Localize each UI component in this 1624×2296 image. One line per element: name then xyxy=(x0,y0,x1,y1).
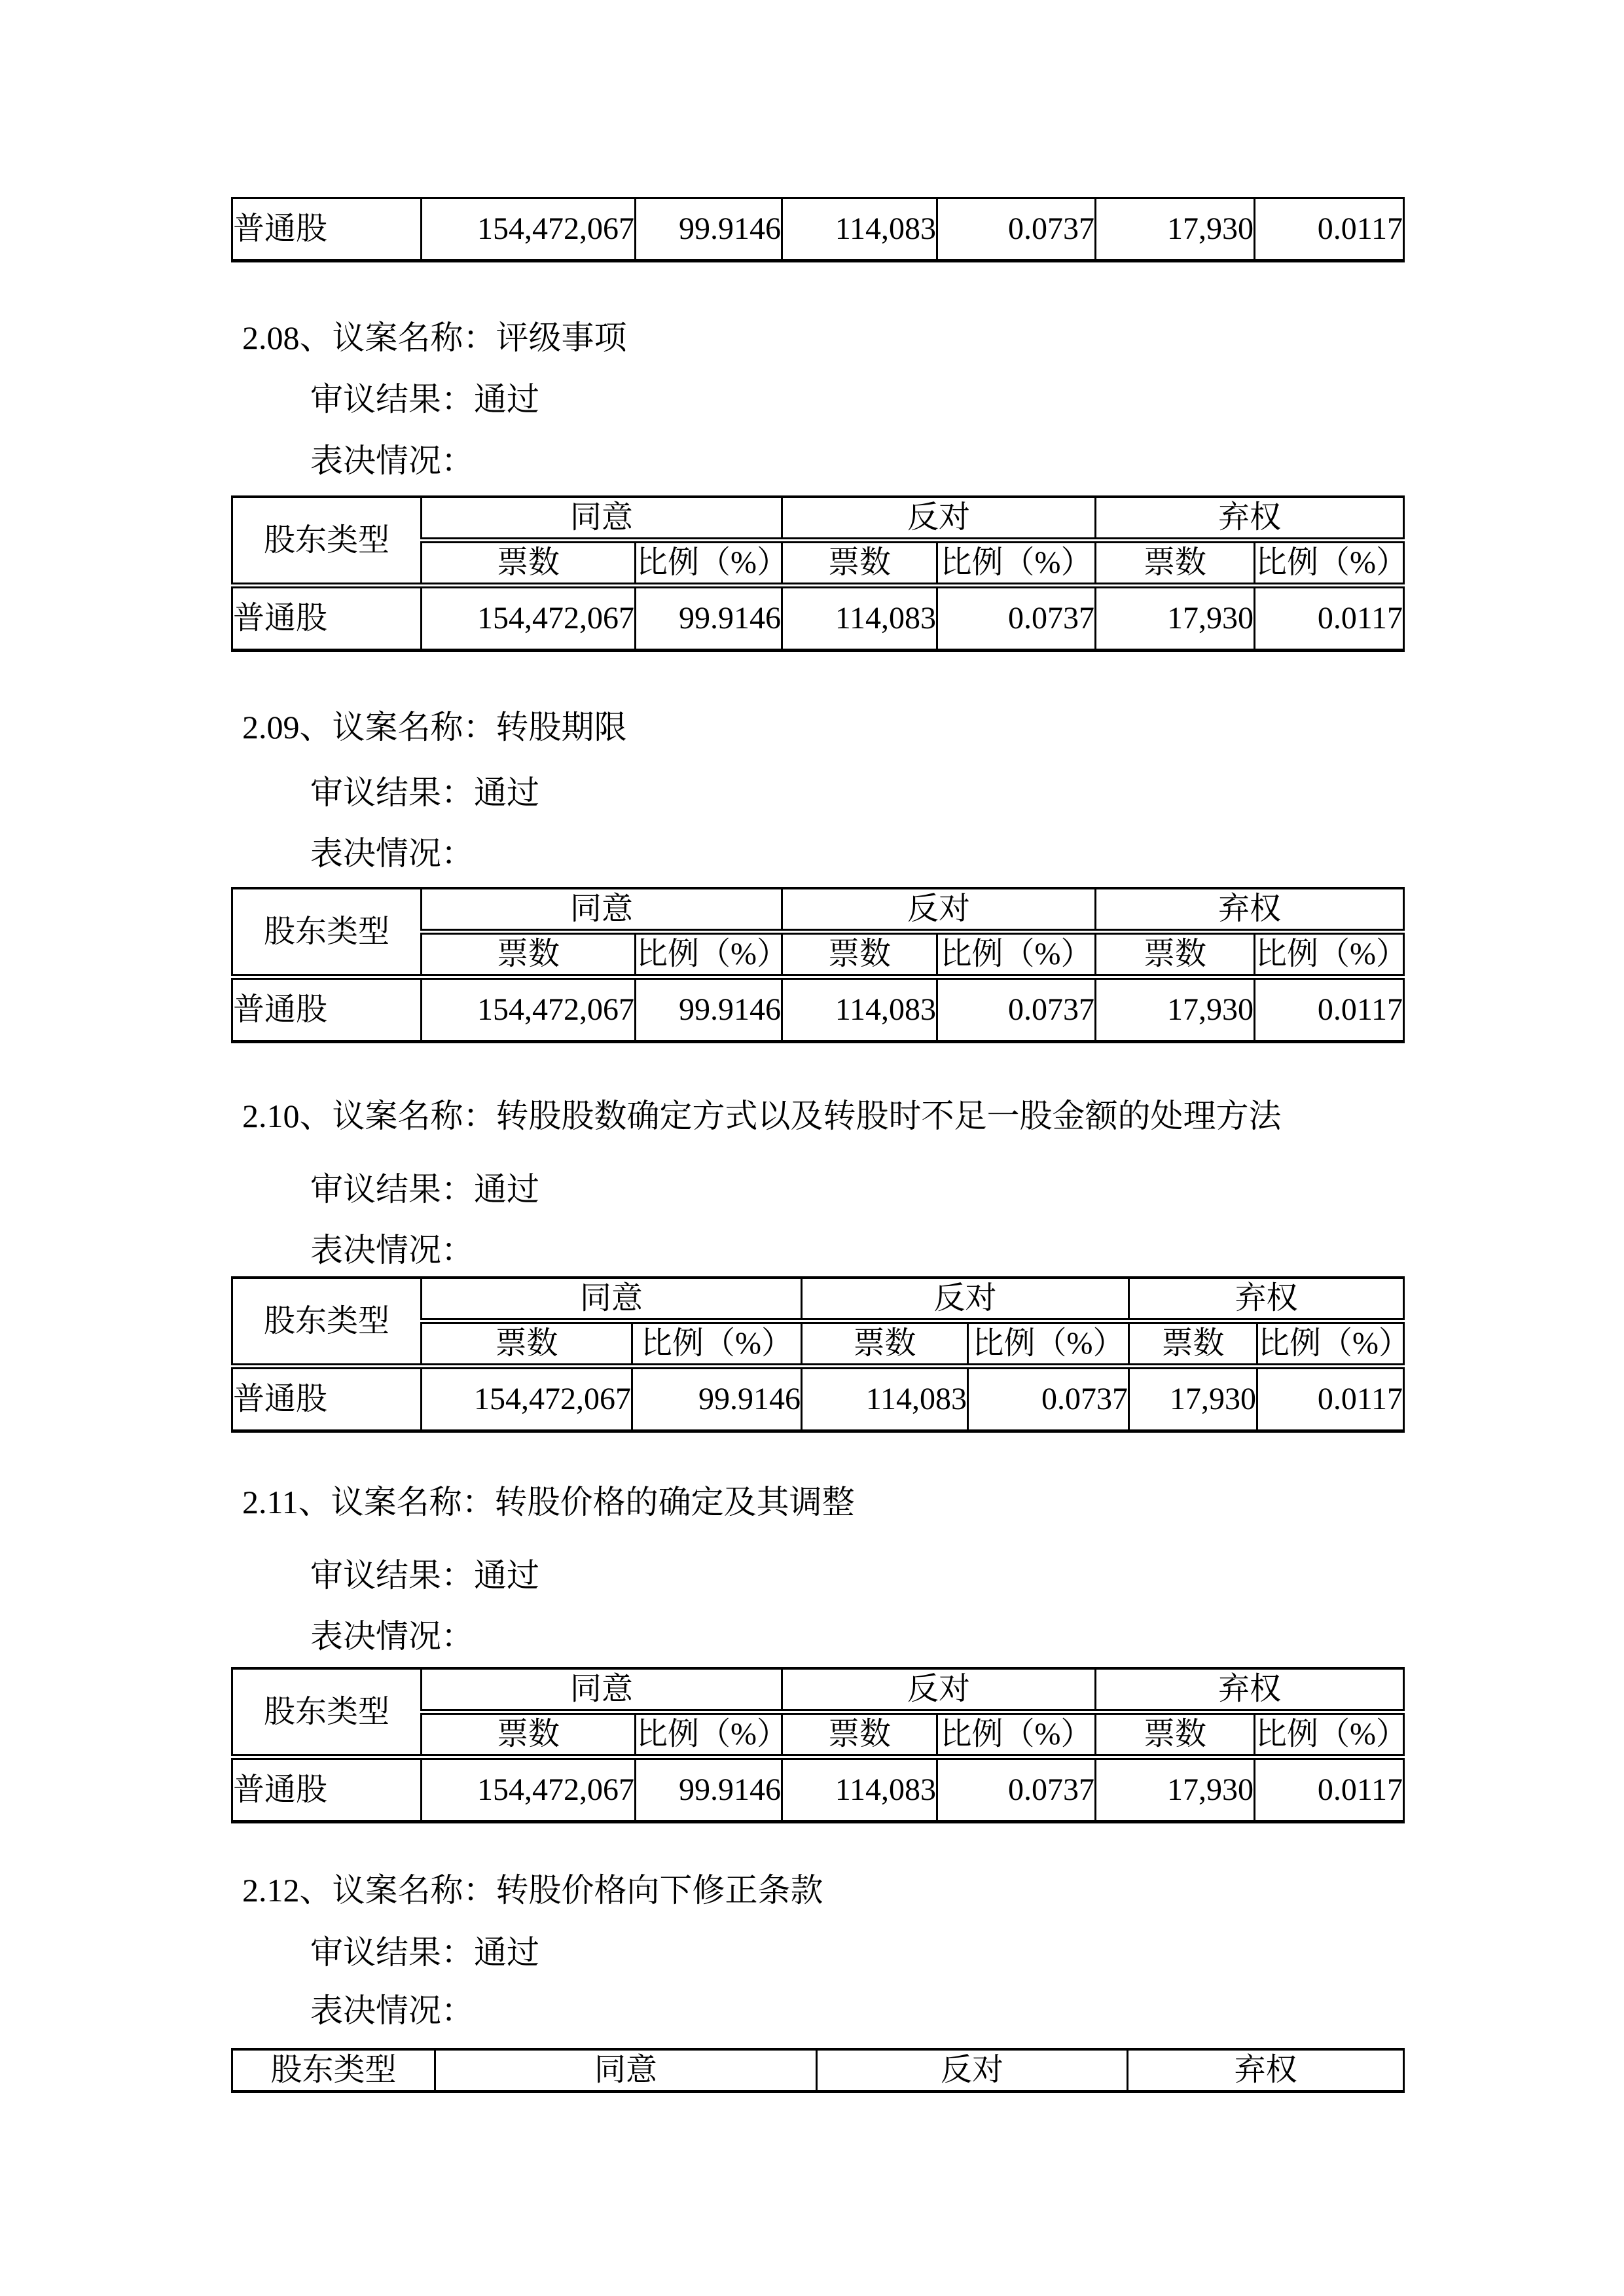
header-agree: 同意 xyxy=(435,2049,817,2092)
section-heading: 2.08、议案名称：评级事项 xyxy=(242,319,627,356)
header-abstain-votes: 票数 xyxy=(1096,1712,1255,1757)
header-agree-ratio: 比例（%） xyxy=(636,541,782,586)
header-against-ratio: 比例（%） xyxy=(937,541,1096,586)
header-agree: 同意 xyxy=(422,1278,802,1321)
vote-table: 股东类型 同意 反对 弃权 票数 比例（%） 票数 比例（%） 票数 比例（%）… xyxy=(231,1667,1405,1823)
cell-abstain-votes: 17,930 xyxy=(1096,586,1255,651)
header-shareholder-type: 股东类型 xyxy=(232,1278,422,1367)
cell-agree-ratio: 99.9146 xyxy=(636,198,782,261)
header-against-votes: 票数 xyxy=(802,1321,968,1367)
section-heading: 2.11、议案名称：转股价格的确定及其调整 xyxy=(242,1484,855,1520)
section-heading: 2.09、议案名称：转股期限 xyxy=(242,709,627,745)
header-shareholder-type: 股东类型 xyxy=(232,1668,422,1757)
cell-shareholder-type: 普通股 xyxy=(232,1757,422,1822)
header-agree-ratio: 比例（%） xyxy=(636,932,782,977)
header-abstain-ratio: 比例（%） xyxy=(1255,932,1404,977)
voting-label: 表决情况： xyxy=(310,442,474,479)
table-row: 普通股 154,472,067 99.9146 114,083 0.0737 1… xyxy=(232,586,1404,651)
table-row: 普通股 154,472,067 99.9146 114,083 0.0737 1… xyxy=(232,977,1404,1042)
cell-against-ratio: 0.0737 xyxy=(937,1757,1096,1822)
header-abstain: 弃权 xyxy=(1096,1668,1404,1712)
cell-abstain-votes: 17,930 xyxy=(1096,1757,1255,1822)
review-result: 审议结果：通过 xyxy=(310,1557,539,1594)
table-header-row-groups: 股东类型 同意 反对 弃权 xyxy=(232,1668,1404,1712)
cell-against-votes: 114,083 xyxy=(782,1757,937,1822)
cell-agree-votes: 154,472,067 xyxy=(422,1367,632,1431)
header-agree-votes: 票数 xyxy=(422,541,636,586)
header-abstain-ratio: 比例（%） xyxy=(1255,1712,1404,1757)
header-abstain-votes: 票数 xyxy=(1096,932,1255,977)
header-against: 反对 xyxy=(817,2049,1128,2092)
table-header-row-groups: 股东类型 同意 反对 弃权 xyxy=(232,497,1404,541)
header-shareholder-type: 股东类型 xyxy=(232,888,422,977)
review-result: 审议结果：通过 xyxy=(310,1934,539,1971)
vote-table: 股东类型 同意 反对 弃权 票数 比例（%） 票数 比例（%） 票数 比例（%）… xyxy=(231,495,1405,652)
table-header-row-groups: 股东类型 同意 反对 弃权 xyxy=(232,888,1404,932)
header-against-ratio: 比例（%） xyxy=(937,1712,1096,1757)
cell-against-votes: 114,083 xyxy=(802,1367,968,1431)
section-heading: 2.10、议案名称：转股股数确定方式以及转股时不足一股金额的处理方法 xyxy=(242,1098,1282,1134)
cell-against-votes: 114,083 xyxy=(782,198,937,261)
cell-agree-ratio: 99.9146 xyxy=(636,977,782,1042)
header-against: 反对 xyxy=(782,888,1096,932)
review-result: 审议结果：通过 xyxy=(310,1171,539,1208)
voting-label: 表决情况： xyxy=(310,1992,474,2029)
header-against-ratio: 比例（%） xyxy=(968,1321,1129,1367)
section-heading: 2.12、议案名称：转股价格向下修正条款 xyxy=(242,1872,823,1909)
cell-abstain-ratio: 0.0117 xyxy=(1255,1757,1404,1822)
voting-label: 表决情况： xyxy=(310,1618,474,1655)
cell-against-ratio: 0.0737 xyxy=(937,198,1096,261)
header-agree-ratio: 比例（%） xyxy=(632,1321,802,1367)
header-agree-votes: 票数 xyxy=(422,1712,636,1757)
cell-against-votes: 114,083 xyxy=(782,586,937,651)
header-shareholder-type: 股东类型 xyxy=(232,2049,435,2092)
cell-abstain-ratio: 0.0117 xyxy=(1255,198,1404,261)
cell-agree-votes: 154,472,067 xyxy=(422,977,636,1042)
header-agree-ratio: 比例（%） xyxy=(636,1712,782,1757)
table-header-row-groups: 股东类型 同意 反对 弃权 xyxy=(232,1278,1404,1321)
cell-abstain-votes: 17,930 xyxy=(1096,977,1255,1042)
voting-label: 表决情况： xyxy=(310,1232,474,1268)
header-agree-votes: 票数 xyxy=(422,1321,632,1367)
header-against: 反对 xyxy=(782,497,1096,541)
table-row: 普通股 154,472,067 99.9146 114,083 0.0737 1… xyxy=(232,1757,1404,1822)
header-abstain-votes: 票数 xyxy=(1129,1321,1257,1367)
header-abstain: 弃权 xyxy=(1129,1278,1404,1321)
cell-agree-ratio: 99.9146 xyxy=(636,586,782,651)
cell-abstain-ratio: 0.0117 xyxy=(1255,977,1404,1042)
vote-table-truncated: 股东类型 同意 反对 弃权 xyxy=(231,2048,1405,2093)
header-abstain: 弃权 xyxy=(1128,2049,1404,2092)
cell-agree-votes: 154,472,067 xyxy=(422,1757,636,1822)
table-row: 普通股 154,472,067 99.9146 114,083 0.0737 1… xyxy=(232,198,1404,261)
header-shareholder-type: 股东类型 xyxy=(232,497,422,586)
header-agree: 同意 xyxy=(422,888,782,932)
cell-agree-votes: 154,472,067 xyxy=(422,586,636,651)
cell-abstain-votes: 17,930 xyxy=(1129,1367,1257,1431)
voting-label: 表决情况： xyxy=(310,835,474,872)
cell-agree-votes: 154,472,067 xyxy=(422,198,636,261)
table-header-row-groups: 股东类型 同意 反对 弃权 xyxy=(232,2049,1404,2092)
header-agree-votes: 票数 xyxy=(422,932,636,977)
vote-table: 股东类型 同意 反对 弃权 票数 比例（%） 票数 比例（%） 票数 比例（%）… xyxy=(231,887,1405,1043)
header-abstain-ratio: 比例（%） xyxy=(1257,1321,1404,1367)
cell-against-ratio: 0.0737 xyxy=(937,977,1096,1042)
header-abstain: 弃权 xyxy=(1096,888,1404,932)
header-against: 反对 xyxy=(782,1668,1096,1712)
header-against-votes: 票数 xyxy=(782,541,937,586)
cell-shareholder-type: 普通股 xyxy=(232,586,422,651)
cell-against-ratio: 0.0737 xyxy=(968,1367,1129,1431)
cell-shareholder-type: 普通股 xyxy=(232,977,422,1042)
cell-agree-ratio: 99.9146 xyxy=(636,1757,782,1822)
header-against-votes: 票数 xyxy=(782,1712,937,1757)
table-row: 普通股 154,472,067 99.9146 114,083 0.0737 1… xyxy=(232,1367,1404,1431)
header-abstain: 弃权 xyxy=(1096,497,1404,541)
cell-against-ratio: 0.0737 xyxy=(937,586,1096,651)
header-abstain-ratio: 比例（%） xyxy=(1255,541,1404,586)
cell-shareholder-type: 普通股 xyxy=(232,198,422,261)
cell-shareholder-type: 普通股 xyxy=(232,1367,422,1431)
cell-abstain-votes: 17,930 xyxy=(1096,198,1255,261)
header-against-ratio: 比例（%） xyxy=(937,932,1096,977)
header-abstain-votes: 票数 xyxy=(1096,541,1255,586)
cell-against-votes: 114,083 xyxy=(782,977,937,1042)
header-against: 反对 xyxy=(802,1278,1129,1321)
review-result: 审议结果：通过 xyxy=(310,381,539,418)
cell-agree-ratio: 99.9146 xyxy=(632,1367,802,1431)
header-agree: 同意 xyxy=(422,497,782,541)
header-agree: 同意 xyxy=(422,1668,782,1712)
vote-table-continuation: 普通股 154,472,067 99.9146 114,083 0.0737 1… xyxy=(231,197,1405,262)
review-result: 审议结果：通过 xyxy=(310,774,539,811)
document-page: 普通股 154,472,067 99.9146 114,083 0.0737 1… xyxy=(0,0,1624,2296)
vote-table: 股东类型 同意 反对 弃权 票数 比例（%） 票数 比例（%） 票数 比例（%）… xyxy=(231,1276,1405,1433)
header-against-votes: 票数 xyxy=(782,932,937,977)
cell-abstain-ratio: 0.0117 xyxy=(1257,1367,1404,1431)
cell-abstain-ratio: 0.0117 xyxy=(1255,586,1404,651)
